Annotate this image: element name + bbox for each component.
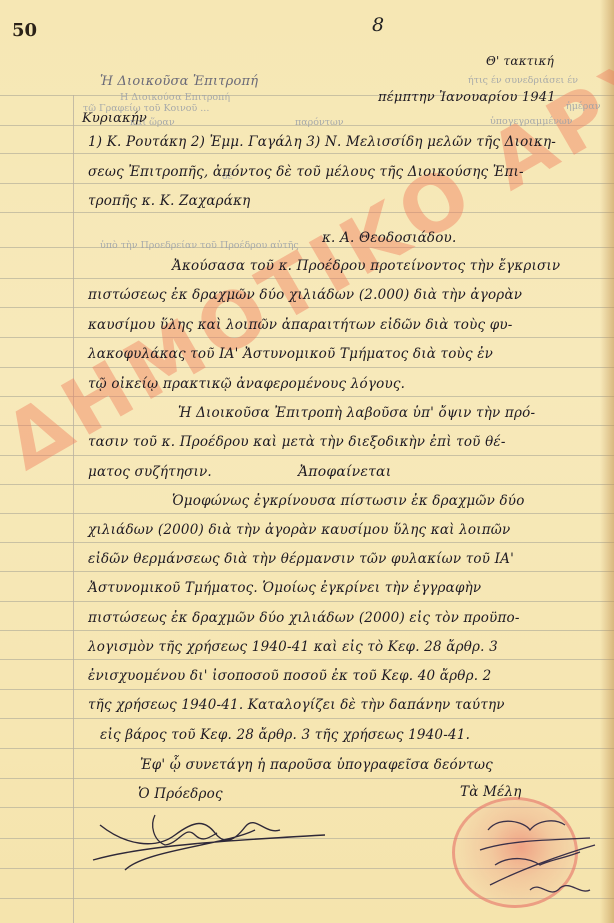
printed-form-line5: ὑπὸ τὴν Προεδρείαν τοῦ Προέδρου αὐτῆς xyxy=(100,240,299,251)
attendees-line-1: 1) Κ. Ρουτάκη 2) Ἐμμ. Γαγάλη 3) Ν. Μελισ… xyxy=(88,134,556,150)
attendees-line-2: σεως Ἐπιτροπῆς, ἀπόντος δὲ τοῦ μέλους τῆ… xyxy=(88,164,524,180)
body-line: τῷ οἰκείῳ πρακτικῷ ἀναφερομένους λόγους. xyxy=(88,376,405,392)
body-line: καυσίμου ὕλης καὶ λοιπῶν ἀπαραιτήτων εἰδ… xyxy=(88,317,513,333)
body-line: Ὁμοφώνως ἐγκρίνουσα πίστωσιν ἐκ δραχμῶν … xyxy=(172,493,525,509)
president-signature xyxy=(85,815,335,895)
meeting-day: Κυριακήν xyxy=(82,111,147,126)
body-line: λακοφυλάκας τοῦ ΙΑ' Ἀστυνομικοῦ Τμήματος… xyxy=(88,346,493,362)
ruled-line xyxy=(0,778,614,779)
margin-line xyxy=(73,95,74,923)
session-label: Θ' τακτική xyxy=(486,54,554,68)
ruled-line xyxy=(0,689,614,690)
ruled-line xyxy=(0,337,614,338)
body-line: τασιν τοῦ κ. Προέδρου καὶ μετὰ τὴν διεξο… xyxy=(88,434,506,450)
body-line: Ἀκούσασα τοῦ κ. Προέδρου προτείνοντος τὴ… xyxy=(172,258,560,274)
attendees-line-3: τροπῆς κ. Κ. Ζαχαράκη xyxy=(88,193,250,209)
printed-form-line3-right: ὑπογεγραμμένων xyxy=(490,116,573,127)
printed-form-line2-right: ἡμέραν xyxy=(566,101,601,112)
ruled-line xyxy=(0,630,614,631)
printed-form-line1-left: Η Διοικούσα Επιτροπή xyxy=(120,92,230,103)
body-line: πιστώσεως ἐκ δραχμῶν δύο χιλιάδων (2000)… xyxy=(88,610,520,626)
ruled-line xyxy=(0,659,614,660)
members-signatures xyxy=(470,810,610,910)
ruled-line xyxy=(0,571,614,572)
president-signature-label: Ὁ Πρόεδρος xyxy=(138,786,223,802)
president-name: κ. Α. Θεοδοσιάδου. xyxy=(322,230,456,246)
decision-word: Ἀποφαίνεται xyxy=(298,464,391,480)
body-line: λογισμὸν τῆς χρήσεως 1940-41 καὶ εἰς τὸ … xyxy=(88,639,498,655)
body-line: Ἀστυνομικοῦ Τμήματος. Ὁμοίως ἐγκρίνει τὴ… xyxy=(88,580,481,596)
body-line: πιστώσεως ἐκ δραχμῶν δύο χιλιάδων (2.000… xyxy=(88,287,522,303)
body-line: εἰς βάρος τοῦ Κεφ. 28 ἄρθρ. 3 τῆς χρήσεω… xyxy=(100,727,470,743)
meeting-date: πέμπτην Ἰανουαρίου 1941 xyxy=(378,90,556,105)
body-line: ἐνισχυομένου δι' ἰσοποσοῦ ποσοῦ ἐκ τοῦ Κ… xyxy=(88,668,491,684)
closing-line: Ἐφ' ᾧ συνετάγη ἡ παροῦσα ὑπογραφεῖσα δεό… xyxy=(140,757,493,773)
folio-number: 8 xyxy=(372,14,384,36)
committee-heading: Ἡ Διοικοῦσα Ἐπιτροπή xyxy=(100,74,258,89)
ruled-line xyxy=(0,718,614,719)
ruled-line xyxy=(0,455,614,456)
body-line: χιλιάδων (2000) διὰ τὴν ἀγορὰν καυσίμου … xyxy=(88,522,510,538)
ruled-line xyxy=(0,542,614,543)
body-line: εἰδῶν θερμάνσεως διὰ τὴν θέρμανσιν τῶν φ… xyxy=(88,551,514,567)
ruled-line xyxy=(0,212,614,213)
ruled-line xyxy=(0,601,614,602)
body-line: τῆς χρήσεως 1940-41. Καταλογίζει δὲ τὴν … xyxy=(88,697,505,713)
printed-form-line3-mid: παρόντων xyxy=(295,117,344,128)
document-page: ΔΗΜΟΤΙΚΟ ΑΡΧΕΙΟ 50 8 Θ' τακτική Η Διοικο… xyxy=(0,0,614,923)
ruled-line xyxy=(0,484,614,485)
printed-form-line1-right: ήτις έν συνεδριάσει έν xyxy=(468,75,578,86)
body-line: Ἡ Διοικοῦσα Ἐπιτροπὴ λαβοῦσα ὑπ' ὄψιν τὴ… xyxy=(178,405,535,421)
page-number: 50 xyxy=(12,20,37,41)
ruled-line xyxy=(0,513,614,514)
body-line: ματος συζήτησιν. xyxy=(88,464,212,480)
ruled-line xyxy=(0,748,614,749)
